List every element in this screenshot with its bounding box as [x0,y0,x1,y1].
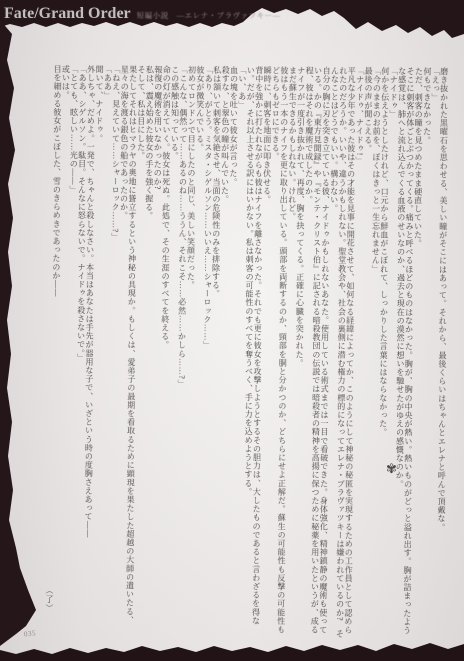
scanned-novel-page: Fate/Grand Order 短編小説 ―エレナ・ブラヴァツキー― 磨き抜か… [0,0,464,661]
page-number: 035 [24,629,37,638]
end-mark: （了） [44,586,55,613]
star-flower-ornament-icon: ✾ [386,462,397,475]
series-logo: Fate/Grand Order [4,5,131,23]
paragraph: 自分の胸に刃を突き立てている彼、ナイドゥかもしれないあなた。使用している術式まで… [301,66,330,640]
story-subtitle: 短編小説 ―エレナ・ブラヴァツキー― [137,10,281,21]
page-header: Fate/Grand Order 短編小説 ―エレナ・ブラヴァツキー― [4,5,281,23]
story-text: 磨き抜かれた黒曜石を思わせる、美しい瞳がそこにはあって。それから、最後くらいはち… [30,65,447,642]
paragraph: 背中を強かに打たれながらも彼はナイフを離さなかった。それでも更に彼女を攻撃しよう… [242,66,262,640]
paragraph: 平凡な少年であった彼はその才能を見事に開花させて、如何なる経緯によってか、このよ… [327,67,356,641]
paragraph: そこに刺客が体ごとぶつかってくる。痛みと呼べるほどのものはなかった。胸が、胸の中… [394,67,414,641]
